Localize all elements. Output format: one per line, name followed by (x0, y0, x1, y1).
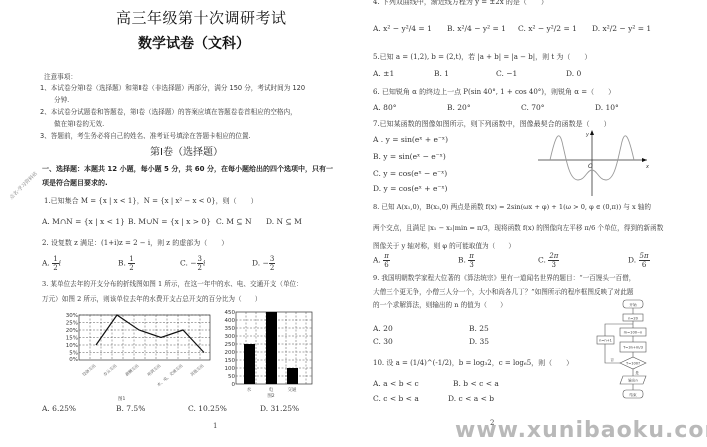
bar-transport (287, 368, 298, 384)
bar-water (244, 344, 255, 384)
svg-text:T=3n+m/3: T=3n+m/3 (622, 346, 643, 350)
q10-option-d: D. c < a < b (448, 394, 494, 403)
watermark: www.xunibaoku.com (455, 418, 707, 443)
question-3-stem-cont: 万元）如图 2 所示，则该单位去年的水费开支占总开支的百分比为（ ） (42, 293, 261, 303)
question-2-stem: 2. 设复数 z 满足：(1+i)z = 2 − i，则 z 的虚部为（ ） (42, 238, 228, 248)
svg-text:450: 450 (225, 310, 236, 316)
q8-option-a: A. π6 (373, 252, 390, 269)
q7-function-graph: O x y (535, 128, 650, 196)
section-title: 第Ⅰ卷（选择题） (150, 143, 223, 158)
svg-text:150: 150 (225, 358, 236, 364)
section-intro: 一、选择题：本题共 12 小题，每小题 5 分，共 60 分，在每小题给出的四个… (42, 164, 333, 174)
page-number: 1 (213, 422, 217, 430)
section-intro-cont: 项是符合题目要求的. (42, 178, 108, 188)
svg-text:是: 是 (635, 370, 639, 375)
svg-text:250: 250 (225, 342, 236, 348)
svg-text:n=n+1: n=n+1 (599, 339, 612, 343)
svg-text:培训支出: 培训支出 (146, 362, 162, 377)
q7-option-a: A . y = sin(eˣ + e⁻ˣ) (373, 135, 448, 144)
svg-text:20%: 20% (66, 328, 78, 334)
q1-option-a: A. M∩N = {x | x < 1} (42, 217, 125, 226)
svg-text:其他支出: 其他支出 (189, 362, 205, 377)
q5-option-a: A. ±1 (373, 69, 394, 78)
exam-title: 高三年级第十次调研考试 (116, 7, 287, 28)
q5-option-b: B. 1 (434, 69, 449, 78)
notice-heading: 注意事项： (44, 71, 77, 81)
svg-text:交通: 交通 (288, 386, 297, 393)
svg-text:200: 200 (225, 350, 236, 356)
figure-2-bar-chart: 450 400 350 300 250 200 150 100 50 0 水 电… (218, 303, 318, 398)
q2-option-d: D. −32 (252, 255, 275, 272)
q3-option-c: C. 10.25% (188, 404, 227, 413)
q9-option-a: A. 20 (373, 324, 393, 333)
q6-option-c: C. 70° (521, 103, 545, 112)
question-5-stem: 5.已知 a = (1,2), b = (2,t)，若 |a + b| = |a… (373, 52, 591, 62)
bar-electricity (266, 312, 277, 384)
question-8-stem-cont2: 图像关于 y 轴对称，则 φ 的可能取值为（ ） (373, 240, 515, 250)
exam-page-2: 4. 下列双曲线中，渐近线方程为 y = ±2x 的是（ ） A. x² − y… (355, 0, 707, 447)
svg-text:30%: 30% (66, 313, 78, 319)
question-9-stem: 9. 我国明朝数学家程大位著的《算法统宗》里有一道闻名世界的题目：“一百馒头一百… (373, 272, 635, 282)
exam-subtitle: 数学试卷（文科） (138, 33, 250, 53)
q9-flowchart: 开始 n=20 m=100−n T=3n+m/3 n=n+1 T=100? 否 … (590, 298, 660, 408)
q5-option-d: D. 0 (566, 69, 581, 78)
q2-option-c: C. −32i (180, 255, 205, 272)
notice-1: 1、本试卷分第Ⅰ卷（选择题）和第Ⅱ卷（非选择题）两部分，满分 150 分，考试时… (40, 82, 305, 92)
svg-text:T=100?: T=100? (625, 362, 640, 366)
svg-text:办公支出: 办公支出 (102, 362, 118, 377)
q10-option-a: A. a < b < c (373, 379, 419, 388)
question-4-stem: 4. 下列双曲线中，渐近线方程为 y = ±2x 的是（ ） (373, 0, 548, 7)
svg-text:y: y (585, 132, 590, 138)
svg-text:0%: 0% (69, 357, 78, 363)
q2-option-a: A. 12i (42, 255, 61, 272)
q4-option-a: A. x² − y²/4 = 1 (373, 24, 432, 33)
q4-option-c: C. x² − y²/2 = 1 (518, 24, 577, 33)
q7-option-d: D. y = cos(eˣ + e⁻ˣ) (373, 184, 447, 193)
q3-option-d: D. 31.25% (260, 404, 299, 413)
q9-option-c: C. 30 (373, 337, 393, 346)
q8-option-b: B. π3 (458, 252, 475, 269)
q1-option-c: C. M ⊆ N (216, 217, 252, 226)
q1-option-b: B. M∪N = {x | x > 0} (128, 217, 211, 226)
svg-text:15%: 15% (66, 336, 78, 342)
question-10-stem: 10. 设 a = (1/4)^(-1/2)，b = log₃2，c = log… (373, 358, 573, 368)
svg-text:结束: 结束 (629, 392, 637, 397)
stamp-text: 点名·学习资料站 (8, 170, 39, 201)
svg-text:水: 水 (247, 386, 252, 393)
svg-text:开始: 开始 (629, 302, 637, 307)
svg-text:图1: 图1 (118, 395, 125, 402)
notice-2-cont: 做在第Ⅰ卷的无效. (54, 118, 104, 128)
q3-option-b: B. 7.5% (116, 404, 145, 413)
q8-option-c: C. 2π3 (538, 252, 559, 269)
svg-text:m=100−n: m=100−n (624, 331, 643, 335)
figure-1-line-chart: 30% 25% 20% 15% 10% 5% 0% 设备支出 办公支出 薪酬支出… (55, 308, 215, 408)
svg-text:0: 0 (232, 382, 236, 388)
svg-text:薪酬支出: 薪酬支出 (124, 362, 140, 377)
svg-text:25%: 25% (66, 321, 78, 327)
q4-option-d: D. x²/2 − y² = 1 (592, 24, 651, 33)
svg-text:否: 否 (610, 357, 614, 362)
q6-option-a: A. 80° (373, 103, 396, 112)
svg-text:5%: 5% (69, 351, 78, 357)
q9-option-d: D. 35 (469, 337, 489, 346)
svg-text:电: 电 (269, 386, 274, 393)
svg-text:10%: 10% (66, 343, 78, 349)
svg-text:输出n: 输出n (628, 378, 637, 383)
q7-option-b: B. y = sin(eˣ − e⁻ˣ) (373, 152, 446, 161)
question-8-stem-cont: 两个交点，且满足 |x₁ − x₂|min = π/3，现将函数 f(x) 的图… (373, 222, 663, 232)
q7-option-c: C. y = cos(eˣ − e⁻ˣ) (373, 169, 447, 178)
notice-2: 2、本试卷分试题卷和答题卷，第Ⅰ卷（选择题）的答案应填在答题卷卷首相应的空格内， (40, 106, 297, 116)
q6-option-b: B. 20° (447, 103, 471, 112)
svg-text:设备支出: 设备支出 (81, 362, 97, 377)
q10-option-b: B. b < c < a (453, 379, 499, 388)
question-9-stem-cont: 大僧三个更无争，小僧三人分一个，大小和尚各几丁？”如图所示的程序框图反映了对此题 (373, 286, 634, 296)
svg-text:O: O (588, 163, 593, 170)
question-1-stem: 1.已知集合 M = {x | x < 1}，N = {x | x² − x <… (44, 196, 258, 206)
svg-text:x: x (645, 164, 649, 170)
svg-text:350: 350 (225, 326, 236, 332)
question-3-stem: 3. 某单位去年的开支分布的折线图如图 1 所示，在这一年中的水、电、交通开支（… (42, 278, 303, 288)
q8-option-d: D. 5π6 (628, 252, 650, 269)
exam-page-1: 高三年级第十次调研考试 数学试卷（文科） 注意事项： 1、本试卷分第Ⅰ卷（选择题… (0, 0, 355, 447)
question-6-stem: 6. 已知锐角 α 的终边上一点 P(sin 40°, 1 + cos 40°)… (373, 87, 615, 97)
q9-option-b: B. 25 (469, 324, 489, 333)
q10-option-c: C. c < b < a (373, 394, 419, 403)
question-8-stem: 8. 已知 A(x₁,0)，B(x₂,0) 两点是函数 f(x) = 2sin(… (373, 201, 651, 211)
q6-option-d: D. 10° (595, 103, 619, 112)
q2-option-b: B. 12 (118, 255, 135, 272)
q1-option-d: D. N ⊆ M (266, 217, 302, 226)
notice-1-cont: 分钟. (54, 94, 69, 104)
svg-text:300: 300 (225, 334, 236, 340)
q4-option-b: B. x²/4 − y² = 1 (447, 24, 506, 33)
svg-text:400: 400 (225, 318, 236, 324)
notice-3: 3、答题前，考生务必将自己的姓名、准考证号填涂在答题卡相应的位置. (40, 130, 251, 140)
svg-text:n=20: n=20 (628, 317, 639, 321)
q3-option-a: A. 6.25% (42, 404, 76, 413)
svg-text:100: 100 (225, 366, 236, 372)
svg-text:50: 50 (228, 374, 235, 380)
question-9-stem-cont2: 的一个求解算法，则输出的 n 的值为（ ） (373, 299, 507, 309)
q5-option-c: C. −1 (496, 69, 517, 78)
